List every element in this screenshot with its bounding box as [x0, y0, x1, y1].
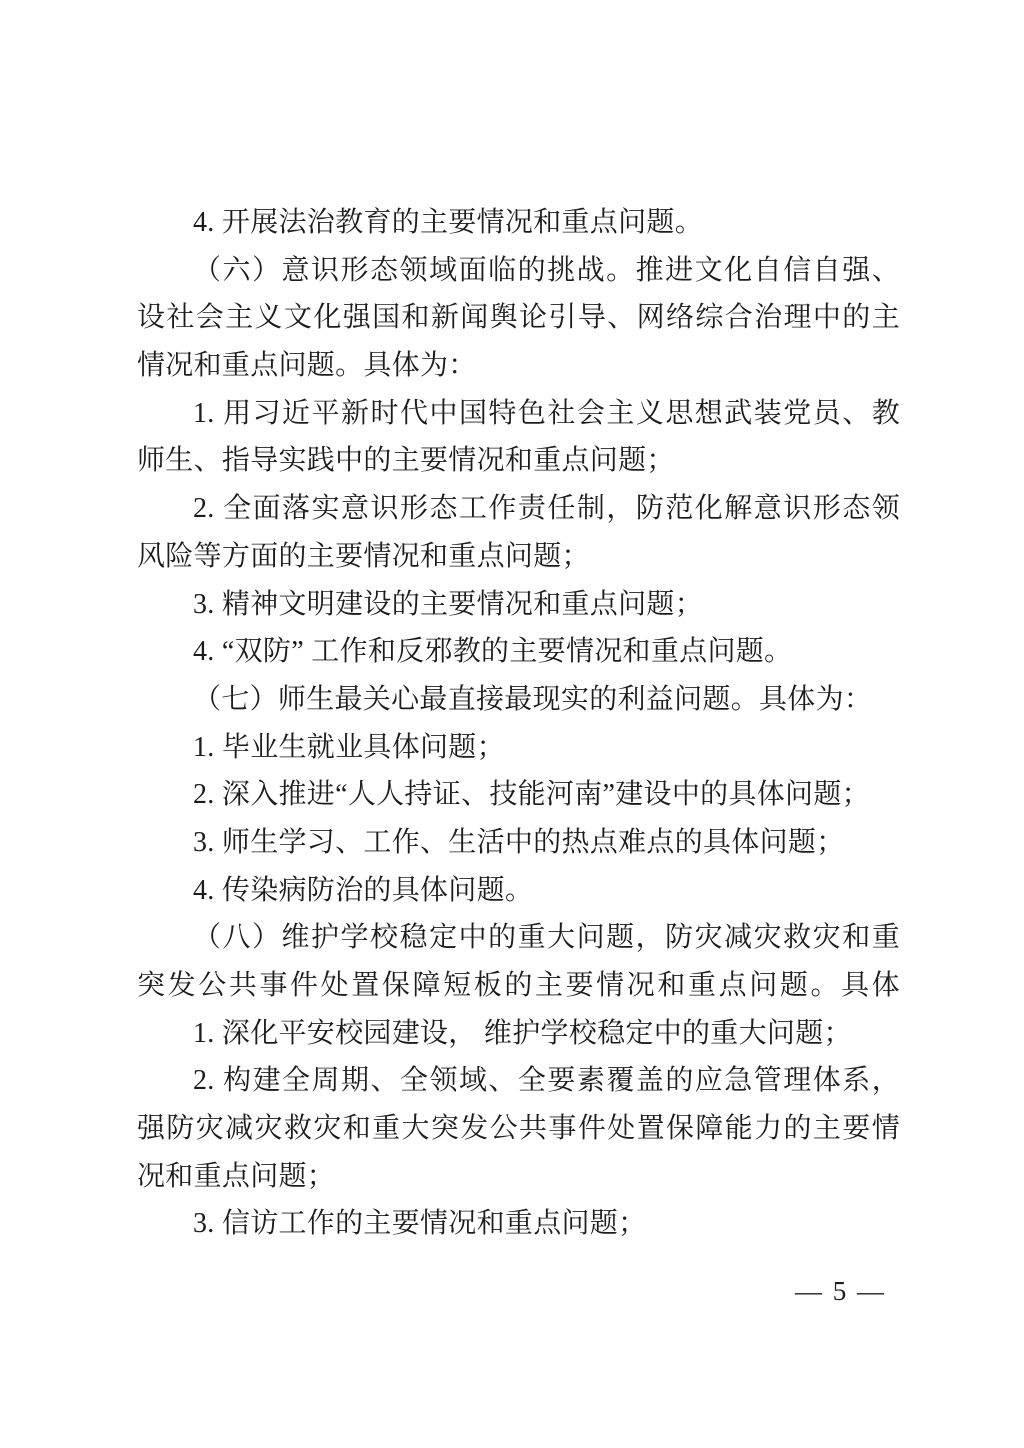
text-line: 1. 毕业生就业具体问题；	[137, 724, 900, 772]
text-line: 4. “双防” 工作和反邪教的主要情况和重点问题。	[137, 628, 900, 676]
text-line: 2. 构建全周期、全领域、全要素覆盖的应急管理体系，增	[137, 1057, 900, 1105]
text-line: 2. 深入推进“人人持证、技能河南”建设中的具体问题；	[137, 771, 900, 819]
text-line: 2. 全面落实意识形态工作责任制，防范化解意识形态领域	[137, 485, 900, 533]
text-line: （八）维护学校稳定中的重大问题，防灾减灾救灾和重大	[137, 914, 900, 962]
text-line: （六）意识形态领域面临的挑战。推进文化自信自强、建	[137, 247, 900, 295]
text-line: 情况和重点问题。具体为：	[137, 342, 900, 390]
text-line: 设社会主义文化强国和新闻舆论引导、网络综合治理中的主要	[137, 294, 900, 342]
document-text-block: 4. 开展法治教育的主要情况和重点问题。（六）意识形态领域面临的挑战。推进文化自…	[137, 199, 900, 1248]
text-line: 1. 用习近平新时代中国特色社会主义思想武装党员、教育	[137, 390, 900, 438]
text-line: 强防灾减灾救灾和重大突发公共事件处置保障能力的主要情	[137, 1105, 900, 1153]
text-line: 3. 信访工作的主要情况和重点问题；	[137, 1200, 900, 1248]
text-line: 3. 师生学习、工作、生活中的热点难点的具体问题；	[137, 819, 900, 867]
text-line: 风险等方面的主要情况和重点问题；	[137, 533, 900, 581]
text-line: 4. 传染病防治的具体问题。	[137, 867, 900, 915]
text-line: 3. 精神文明建设的主要情况和重点问题；	[137, 581, 900, 629]
text-line: （七）师生最关心最直接最现实的利益问题。具体为：	[137, 676, 900, 724]
text-line: 况和重点问题；	[137, 1153, 900, 1201]
document-page: 4. 开展法治教育的主要情况和重点问题。（六）意识形态领域面临的挑战。推进文化自…	[0, 0, 1024, 1448]
page-number: — 5 —	[795, 1274, 886, 1308]
text-line: 突发公共事件处置保障短板的主要情况和重点问题。具体为：	[137, 962, 900, 1010]
text-line: 1. 深化平安校园建设， 维护学校稳定中的重大问题；	[137, 1010, 900, 1058]
text-line: 4. 开展法治教育的主要情况和重点问题。	[137, 199, 900, 247]
text-line: 师生、指导实践中的主要情况和重点问题；	[137, 437, 900, 485]
